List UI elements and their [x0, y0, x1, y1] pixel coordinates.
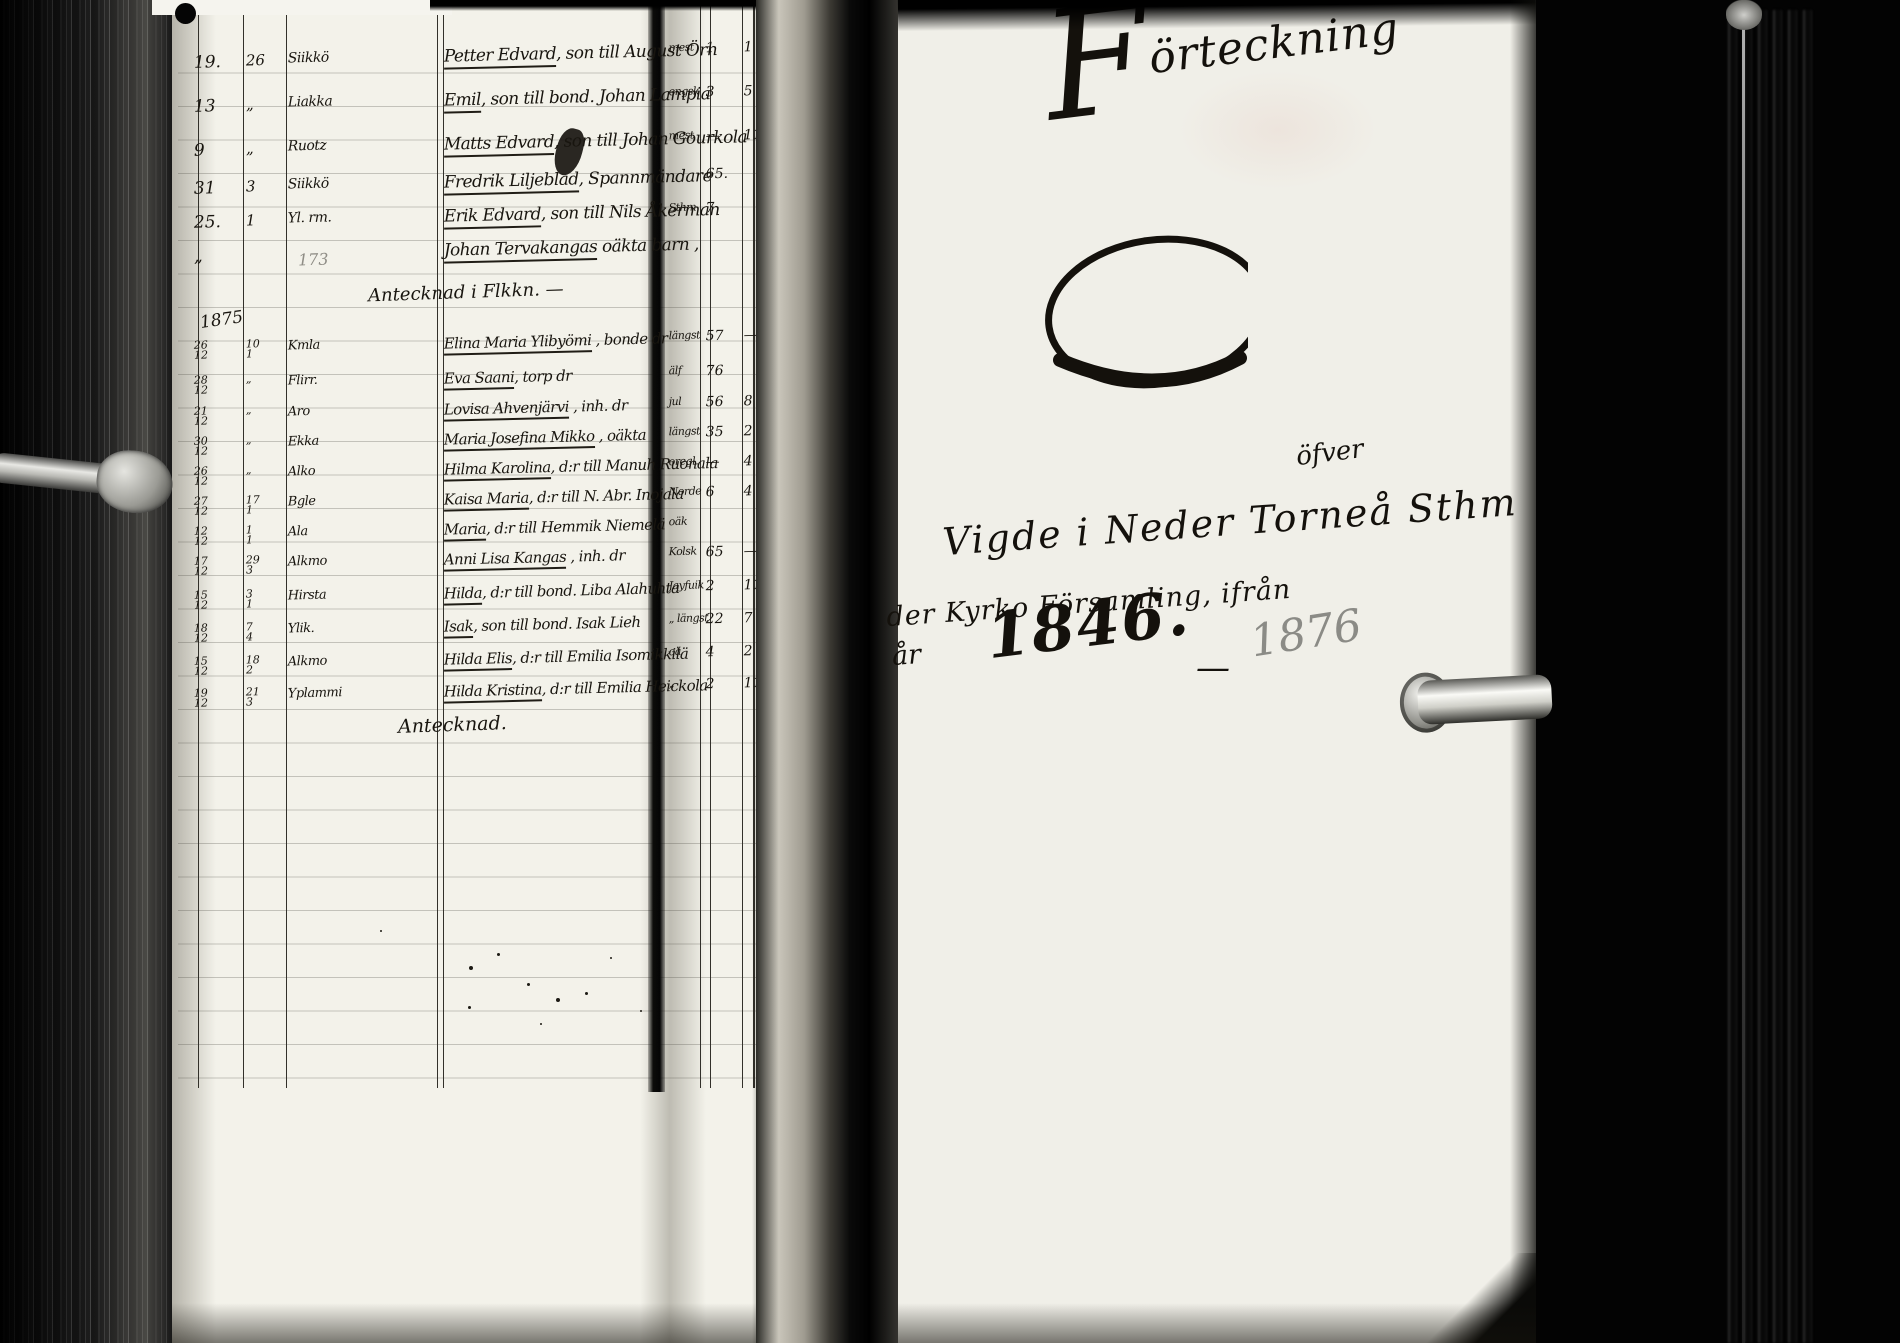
village-col: Siikkö [288, 50, 329, 67]
clamp-bar [1417, 674, 1553, 725]
village-col: Alkmo [288, 554, 327, 570]
birth-date: 1912 [194, 688, 208, 708]
margin-note: mest [669, 129, 694, 143]
right-page-top-shadow [898, 0, 1536, 31]
baptism-date: „ [246, 465, 252, 475]
entry-rest: , Spannmändare [578, 166, 712, 189]
baptism-date: 31 [246, 589, 253, 609]
ink-speck [497, 953, 500, 956]
village-col: Aro [288, 404, 310, 420]
birth-date: 2612 [194, 466, 208, 486]
entry-rest: , d:r till bond. Liba Alahuhta [482, 579, 680, 602]
entry-name: Fredrik Liljeblad [444, 169, 579, 195]
entry-rest: , inh. dr [569, 396, 628, 415]
margin-note: Kolsk [669, 545, 697, 559]
entry-rest: oäkta barn , [597, 234, 699, 256]
date-col: 25. [194, 212, 222, 233]
margin-note: älf [669, 364, 682, 377]
margin-note: oregl. [669, 454, 699, 468]
birth-date: 2112 [194, 406, 208, 426]
baptism-date: 74 [246, 622, 253, 642]
fore-edge-streaks [1722, 10, 1818, 1343]
ink-speck [610, 957, 612, 959]
ink-speck [540, 1023, 542, 1025]
pencil-number: 173 [298, 249, 329, 269]
fore-edge-highlight [1742, 0, 1745, 1343]
village-col: Bgle [288, 494, 316, 510]
entry-rest: , son till bond. Isak Lieh [473, 613, 641, 635]
ink-dot [175, 3, 196, 24]
left-page-stack-edge [0, 0, 172, 1343]
page-top-sliver [152, 0, 452, 15]
birth-date: 2712 [194, 496, 208, 516]
photo-top-shadow [430, 0, 772, 11]
baptism-date: 213 [246, 687, 260, 707]
entry-name: Hilda Elis [444, 649, 513, 672]
entry-name: Maria [444, 520, 487, 542]
birth-date: 2812 [194, 375, 208, 395]
number-col-1: 22 [706, 611, 724, 627]
date-col: 19. [194, 52, 222, 73]
number-col-1: 7 [706, 200, 715, 216]
number-col-1: 1 [706, 40, 715, 56]
baptism-date: 293 [246, 555, 260, 575]
margin-note: längst [669, 424, 701, 438]
entry-rest: , inh. dr [566, 546, 625, 565]
baptism-date: „ [246, 374, 252, 384]
entry-rest: , torp dr [514, 367, 572, 386]
entry-rest: , d:r till Hemmik Niemelä [486, 515, 665, 537]
date-col: 31 [194, 178, 216, 199]
margin-note: Jayfuik [669, 578, 704, 592]
baptism-date: „ [246, 435, 252, 445]
number-col-1: 57 [706, 328, 724, 344]
number-col-1: 65. [706, 166, 729, 183]
number-col-1: — [706, 454, 720, 470]
baptism-date: 171 [246, 495, 260, 515]
number-col-1: 2 [706, 578, 715, 594]
village-col: Kmla [288, 338, 320, 354]
village-col: Yl. rm. [288, 209, 332, 226]
date-col: 13 [194, 96, 216, 117]
village-col: Ekka [288, 434, 319, 450]
left-page-bottom-shadow [172, 1303, 772, 1343]
left-page: 19.26SiikköPetter Edvard, son till Augus… [172, 0, 772, 1343]
margin-note: Norde [669, 484, 702, 498]
birth-date: 1512 [194, 656, 208, 676]
entry-name: Matts Edvard [444, 132, 555, 158]
entry-name: Kaisa Maria [444, 489, 529, 512]
entry-name: Hilda [444, 584, 483, 606]
date-col-2: „ [246, 95, 254, 113]
baptism-date: 182 [246, 655, 260, 675]
margin-note: längst [669, 328, 701, 342]
date-col-2: 26 [246, 51, 266, 69]
village-col: Alko [288, 464, 316, 480]
village-col: Ylik. [288, 621, 315, 637]
entry-name: Hilma Karolina [444, 458, 551, 482]
village-col: Flirr. [288, 373, 318, 389]
entry-name: Anni Lisa Kangas [444, 548, 567, 572]
village-col: Ruotz [288, 138, 327, 155]
entry-rest: , oäkta [594, 426, 646, 445]
margin-note: „ [669, 677, 675, 690]
village-col: Liakka [288, 93, 333, 110]
village-col: Yplammi [288, 685, 342, 701]
left-page-clamp [0, 430, 188, 540]
entry-text: Isak, son till bond. Isak Lieh [444, 613, 641, 636]
birth-date: 3012 [194, 436, 208, 456]
ink-speck [585, 992, 588, 995]
ink-speck [556, 998, 560, 1002]
number-col-1: 65 [706, 544, 724, 560]
margin-note: mest [669, 41, 694, 55]
entry-rest: , bonde dr [591, 329, 667, 349]
margin-note: jul [669, 395, 682, 408]
number-col-1: 35 [706, 424, 724, 440]
birth-date: 1512 [194, 590, 208, 610]
margin-note: oä [669, 645, 682, 658]
birth-date: 1712 [194, 556, 208, 576]
number-col-1: 2 [706, 676, 715, 692]
margin-note: Sthm [669, 201, 697, 215]
clamp-head [94, 447, 176, 517]
date-col: 9 [194, 141, 205, 161]
number-col-1: 76 [706, 363, 724, 379]
margin-note: engsk [669, 84, 700, 98]
ink-speck [469, 966, 473, 970]
entry-rest: , d:r till N. Abr. Inojala [529, 485, 684, 507]
ink-speck [380, 930, 382, 932]
date-col-2: „ [246, 139, 254, 157]
right-page-bottom-shadow [898, 1303, 1536, 1343]
birth-date: 2612 [194, 340, 208, 360]
entry-name: Hilda Kristina [444, 680, 542, 703]
baptism-date: „ [246, 405, 252, 415]
margin-note: oäk [669, 515, 688, 528]
date-col-2: 1 [246, 211, 256, 229]
birth-date: 1812 [194, 623, 208, 643]
number-col-1: 6 [706, 484, 715, 500]
number-col-1: 3 [706, 84, 715, 100]
entry-text: Maria Josefina Mikko , oäkta [444, 426, 647, 449]
year-end-pencil: 1876 [1247, 600, 1366, 668]
village-col: Alkmo [288, 654, 327, 670]
book-scan: 19.26SiikköPetter Edvard, son till Augus… [0, 0, 1900, 1343]
number-col-1: 56 [706, 394, 724, 410]
baptism-date: 101 [246, 339, 260, 359]
entry-name: Eva Saani [444, 368, 515, 391]
entry-name: Johan Tervakangas [444, 237, 598, 264]
village-col: Hirsta [288, 588, 327, 604]
year-start: 1846. [982, 576, 1194, 673]
entry-text: Anni Lisa Kangas , inh. dr [444, 546, 625, 568]
entry-name: Isak [444, 617, 474, 639]
village-col: Siikkö [288, 176, 329, 193]
title-line3: Vigde i Neder Torneå Sthm [941, 480, 1519, 564]
entry-name: Maria Josefina Mikko [444, 427, 595, 452]
bottom-heading: Antecknad. [398, 712, 507, 738]
number-col-1: — [706, 128, 720, 144]
entry-name: Petter Edvard [444, 44, 557, 70]
entry-name: Emil [444, 90, 482, 114]
date-col-2: 3 [246, 177, 256, 195]
entry-name: Lovisa Ahvenjärvi [444, 398, 569, 422]
book-gutter [756, 0, 898, 1343]
title-line2: öfver [1294, 434, 1365, 472]
date-col: „ [194, 247, 203, 267]
year-prefix: år [891, 639, 922, 672]
entry-name: Erik Edvard [444, 204, 542, 229]
margin-note: „ längst [669, 611, 709, 625]
birth-date: 1212 [194, 526, 208, 546]
number-col-1: 4 [706, 644, 715, 660]
ink-speck [640, 1010, 642, 1012]
ink-speck [468, 1006, 471, 1009]
entry-text: Eva Saani, torp dr [444, 367, 572, 388]
entry-name: Elina Maria Ylibyömi [444, 331, 592, 356]
right-book-block [1536, 0, 1900, 1343]
year-dash: — [1196, 648, 1230, 688]
top-corner-highlight [1726, 0, 1762, 30]
village-col: Ala [288, 524, 308, 539]
entry-rest: , d:r till Emilia Isomikkilä [512, 645, 689, 667]
baptism-date: 11 [246, 525, 253, 545]
right-page-clamp [1398, 658, 1554, 748]
ink-speck [527, 983, 530, 986]
entry-text: Lovisa Ahvenjärvi , inh. dr [444, 396, 628, 418]
entry-rest: , d:r till Emilia Heickola [541, 676, 707, 698]
